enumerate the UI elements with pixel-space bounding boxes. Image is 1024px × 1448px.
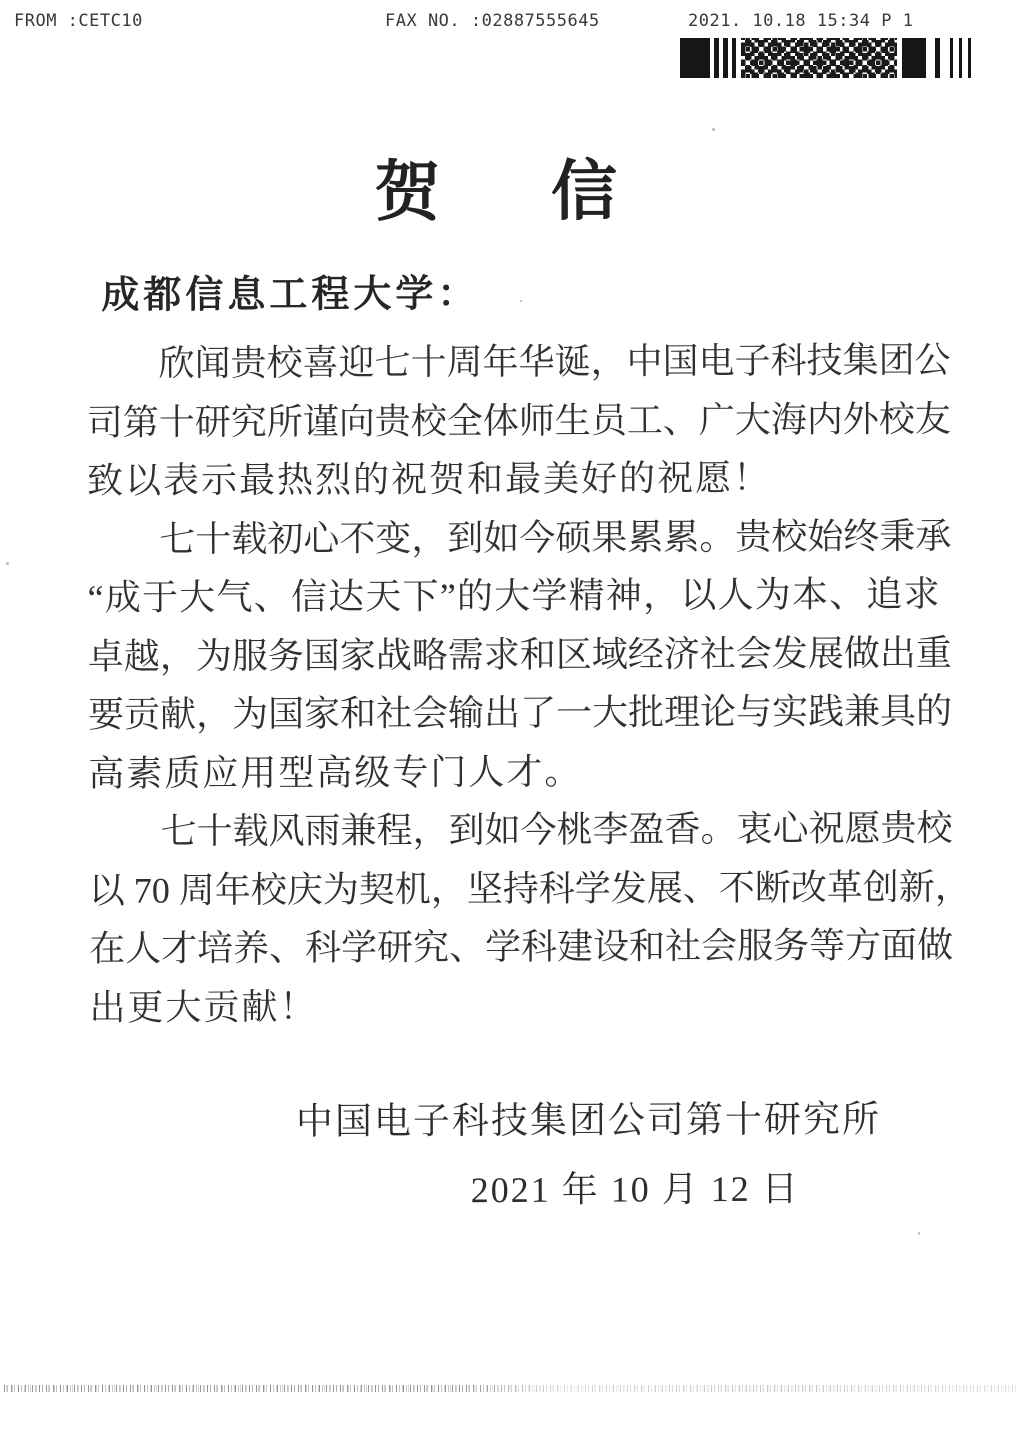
scan-speck xyxy=(918,1232,920,1235)
barcode-block-left xyxy=(680,38,710,78)
scan-noise-strip xyxy=(4,1385,1016,1392)
body-line: 要贡献，为国家和社会输出了一大批理论与实践兼具的 xyxy=(88,682,940,744)
letter-date: 2021 年 10 月 12 日 xyxy=(245,1160,1024,1214)
fax-from-label: FROM :CETC10 xyxy=(14,11,143,31)
body-line: 司第十研究所谨向贵校全体师生员工、广大海内外校友 xyxy=(87,390,939,452)
body-line: 七十载风雨兼程，到如今桃李盈香。衷心祝愿贵校 xyxy=(88,799,940,861)
body-line: 在人才培养、科学研究、学科建设和社会服务等方面做 xyxy=(89,916,941,978)
scan-speck xyxy=(520,300,522,302)
letter-body: 欣闻贵校喜迎七十周年华诞，中国电子科技集团公 司第十研究所谨向贵校全体师生员工、… xyxy=(86,331,941,1037)
letter-salutation: 成都信息工程大学： xyxy=(101,262,479,319)
barcode-bars-left xyxy=(710,38,736,78)
fax-datetime-label: 2021. 10.18 15:34 P 1 xyxy=(688,11,913,31)
body-line: 欣闻贵校喜迎七十周年华诞，中国电子科技集团公 xyxy=(86,331,938,393)
barcode-matrix xyxy=(741,38,897,78)
body-line: 以 70 周年校庆为契机，坚持科学发展、不断改革创新， xyxy=(89,858,941,920)
fax-barcode-icon xyxy=(680,38,977,78)
barcode-bar xyxy=(935,38,940,78)
scan-speck xyxy=(712,128,715,131)
barcode-block-right xyxy=(902,38,926,78)
body-line: “成于大气、信达天下”的大学精神，以人为本、追求 xyxy=(87,565,939,627)
body-line: 高素质应用型高级专门人才。 xyxy=(88,741,940,803)
body-line: 致以表示最热烈的祝贺和最美好的祝愿！ xyxy=(87,448,939,510)
fax-number-label: FAX NO. :02887555645 xyxy=(385,11,600,31)
letter-signature: 中国电子科技集团公司第十研究所 xyxy=(296,1088,881,1145)
letter-title: 贺 信 xyxy=(1,136,995,235)
letter-content: 贺 信 成都信息工程大学： 欣闻贵校喜迎七十周年华诞，中国电子科技集团公 司第十… xyxy=(0,0,1024,2)
fax-page: FROM :CETC10 FAX NO. :02887555645 2021. … xyxy=(0,0,1024,1448)
barcode-bars-right xyxy=(950,38,977,78)
body-line: 出更大贡献！ xyxy=(89,975,941,1037)
scan-speck xyxy=(6,562,9,565)
body-line: 七十载初心不变，到如今硕果累累。贵校始终秉承 xyxy=(87,507,939,569)
body-line: 卓越，为服务国家战略需求和区域经济社会发展做出重 xyxy=(88,624,940,686)
